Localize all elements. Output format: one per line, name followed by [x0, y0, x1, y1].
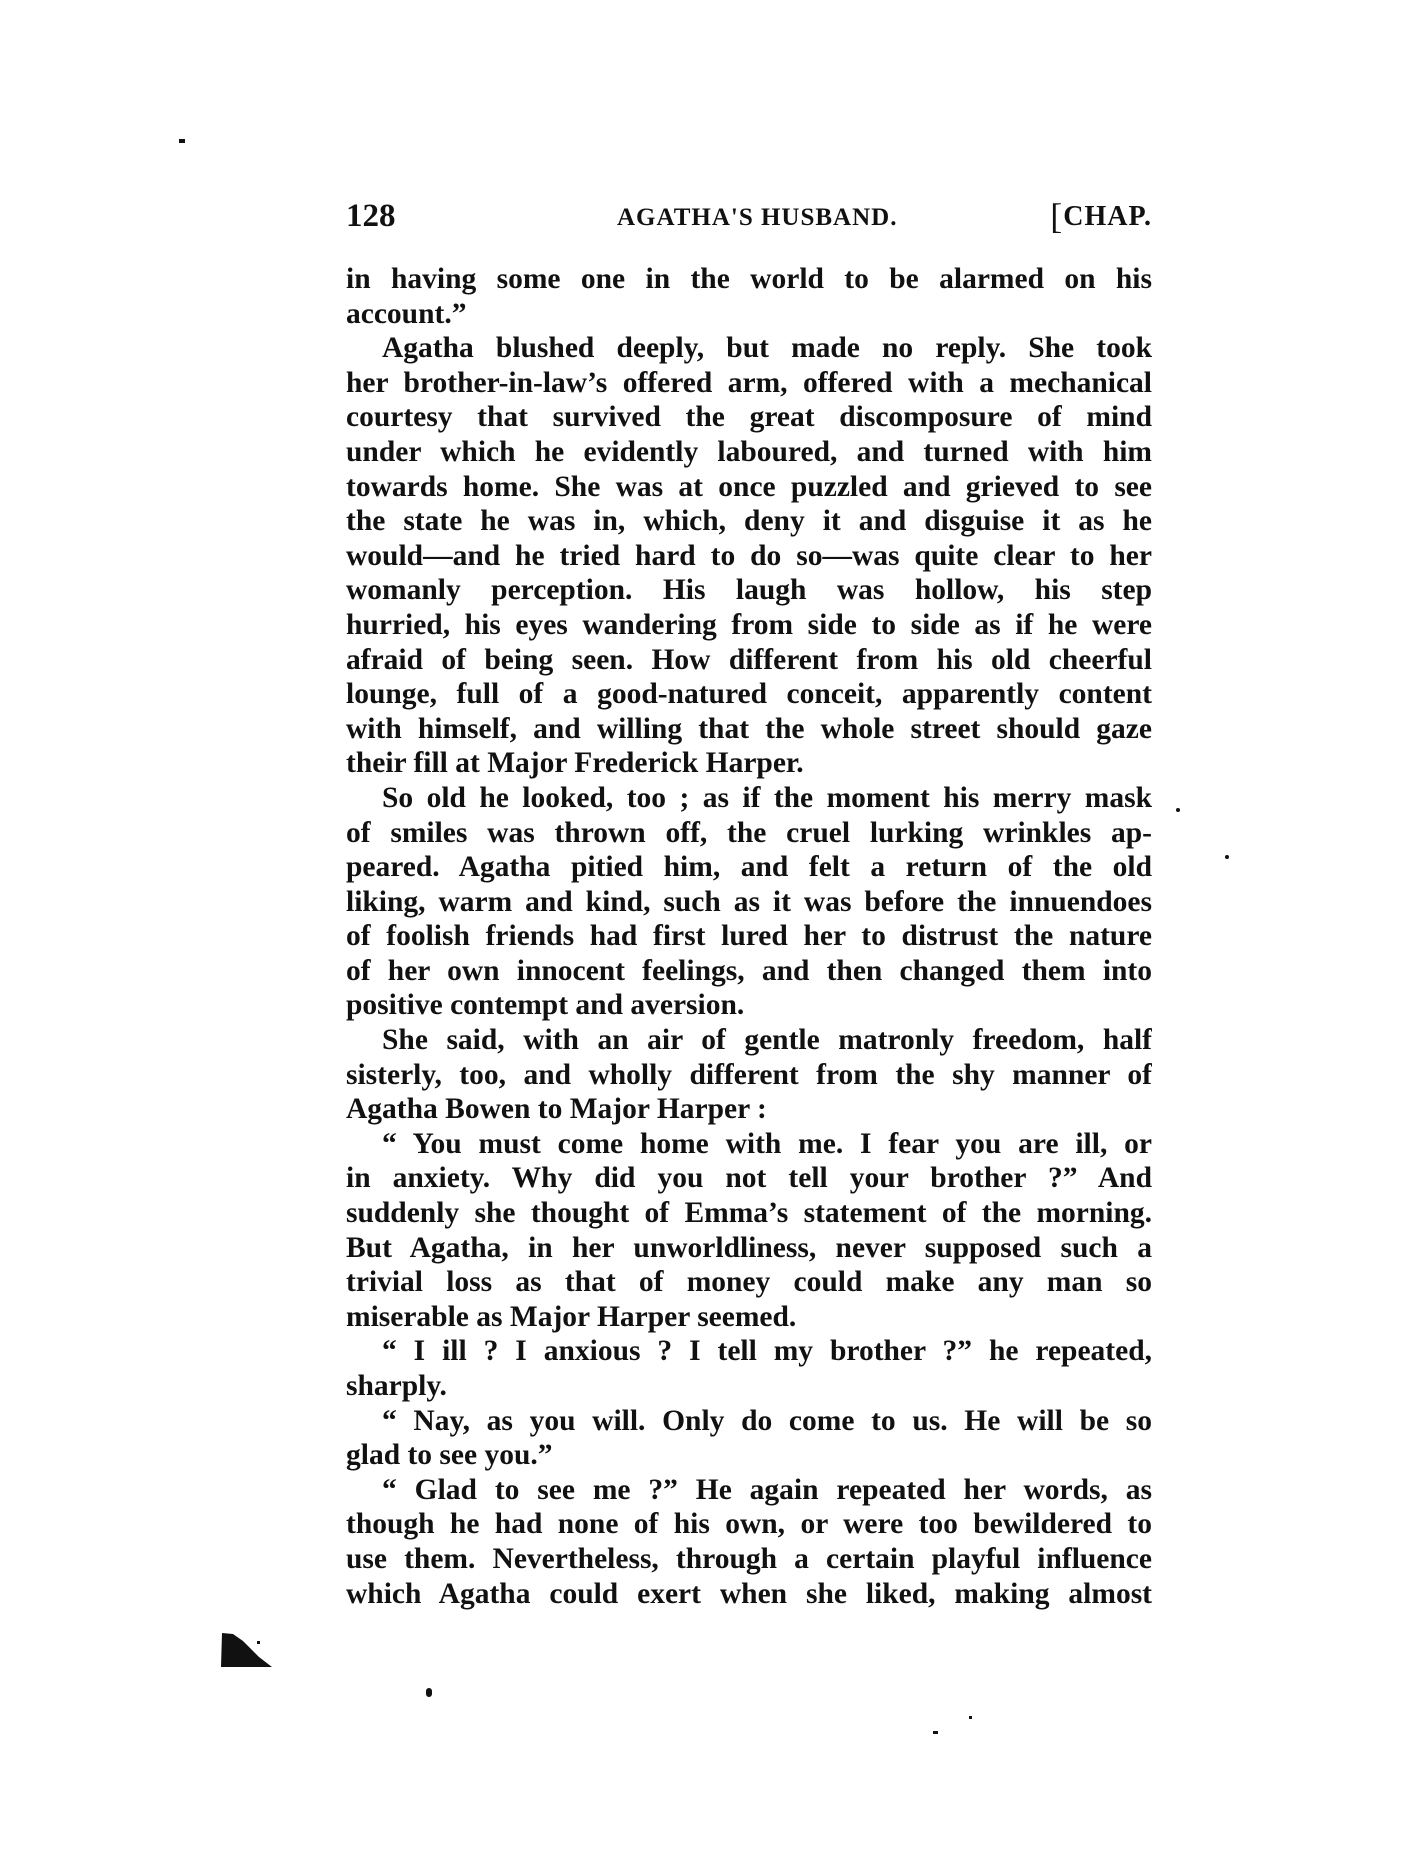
text-line: Agatha Bowen to Major Harper :	[346, 1092, 1152, 1127]
page-number: 128	[346, 196, 396, 236]
text-line: peared. Agatha pitied him, and felt a re…	[346, 850, 1152, 885]
text-line: liking, warm and kind, such as it was be…	[346, 885, 1152, 920]
text-line: of smiles was thrown off, the cruel lurk…	[346, 816, 1152, 851]
text-line: lounge, full of a good-natured conceit, …	[346, 677, 1152, 712]
text-line: account.”	[346, 297, 1152, 332]
text-line: She said, with an air of gentle matronly…	[346, 1023, 1152, 1058]
text-line: So old he looked, too ; as if the moment…	[346, 781, 1152, 816]
text-line: though he had none of his own, or were t…	[346, 1507, 1152, 1542]
chapter-marker: [CHAP.	[1050, 196, 1152, 237]
text-line: their fill at Major Frederick Harper.	[346, 746, 1152, 781]
text-line: “ Nay, as you will. Only do come to us. …	[346, 1404, 1152, 1439]
text-line: Agatha blushed deeply, but made no reply…	[346, 331, 1152, 366]
text-line: womanly perception. His laugh was hollow…	[346, 573, 1152, 608]
text-line: sharply.	[346, 1369, 1152, 1404]
text-line: with himself, and willing that the whole…	[346, 712, 1152, 747]
text-line: positive contempt and aversion.	[346, 988, 1152, 1023]
chapter-marker-text: CHAP.	[1063, 201, 1152, 232]
text-line: miserable as Major Harper seemed.	[346, 1300, 1152, 1335]
text-line: sisterly, too, and wholly different from…	[346, 1058, 1152, 1093]
scan-speck-bottom-right-1	[933, 1731, 938, 1734]
text-line: of her own innocent feelings, and then c…	[346, 954, 1152, 989]
scan-speck-bottom-dot	[426, 1688, 432, 1697]
text-line: which Agatha could exert when she liked,…	[346, 1577, 1152, 1612]
text-line: of foolish friends had first lured her t…	[346, 919, 1152, 954]
scan-triangle-mark	[221, 1633, 273, 1668]
text-line: But Agatha, in her unworldliness, never …	[346, 1231, 1152, 1266]
text-line: towards home. She was at once puzzled an…	[346, 470, 1152, 505]
text-line: in anxiety. Why did you not tell your br…	[346, 1161, 1152, 1196]
text-line: trivial loss as that of money could make…	[346, 1265, 1152, 1300]
text-line: hurried, his eyes wandering from side to…	[346, 608, 1152, 643]
running-head: 128 AGATHA'S HUSBAND. [CHAP.	[346, 196, 1152, 236]
text-line: “ You must come home with me. I fear you…	[346, 1127, 1152, 1162]
running-title: AGATHA'S HUSBAND.	[617, 198, 897, 238]
text-line: under which he evidently laboured, and t…	[346, 435, 1152, 470]
text-line: the state he was in, which, deny it and …	[346, 504, 1152, 539]
scan-speck-bottom-right-2	[969, 1716, 972, 1719]
text-line: suddenly she thought of Emma’s statement…	[346, 1196, 1152, 1231]
text-line: courtesy that survived the great discomp…	[346, 400, 1152, 435]
bracket-glyph: [	[1050, 196, 1063, 236]
text-line: her brother-in-law’s offered arm, offere…	[346, 366, 1152, 401]
text-line: in having some one in the world to be al…	[346, 262, 1152, 297]
scan-speck-right-2	[1225, 855, 1229, 859]
text-line: afraid of being seen. How different from…	[346, 643, 1152, 678]
text-line: use them. Nevertheless, through a certai…	[346, 1542, 1152, 1577]
body-text: in having some one in the world to be al…	[346, 262, 1152, 1611]
book-page: 128 AGATHA'S HUSBAND. [CHAP. in having s…	[0, 0, 1402, 1851]
text-line: “ I ill ? I anxious ? I tell my brother …	[346, 1334, 1152, 1369]
text-line: glad to see you.”	[346, 1438, 1152, 1473]
scan-speck-right-1	[1176, 808, 1180, 812]
scan-speck-top-left	[179, 139, 185, 143]
text-line: would—and he tried hard to do so—was qui…	[346, 539, 1152, 574]
text-line: “ Glad to see me ?” He again repeated he…	[346, 1473, 1152, 1508]
